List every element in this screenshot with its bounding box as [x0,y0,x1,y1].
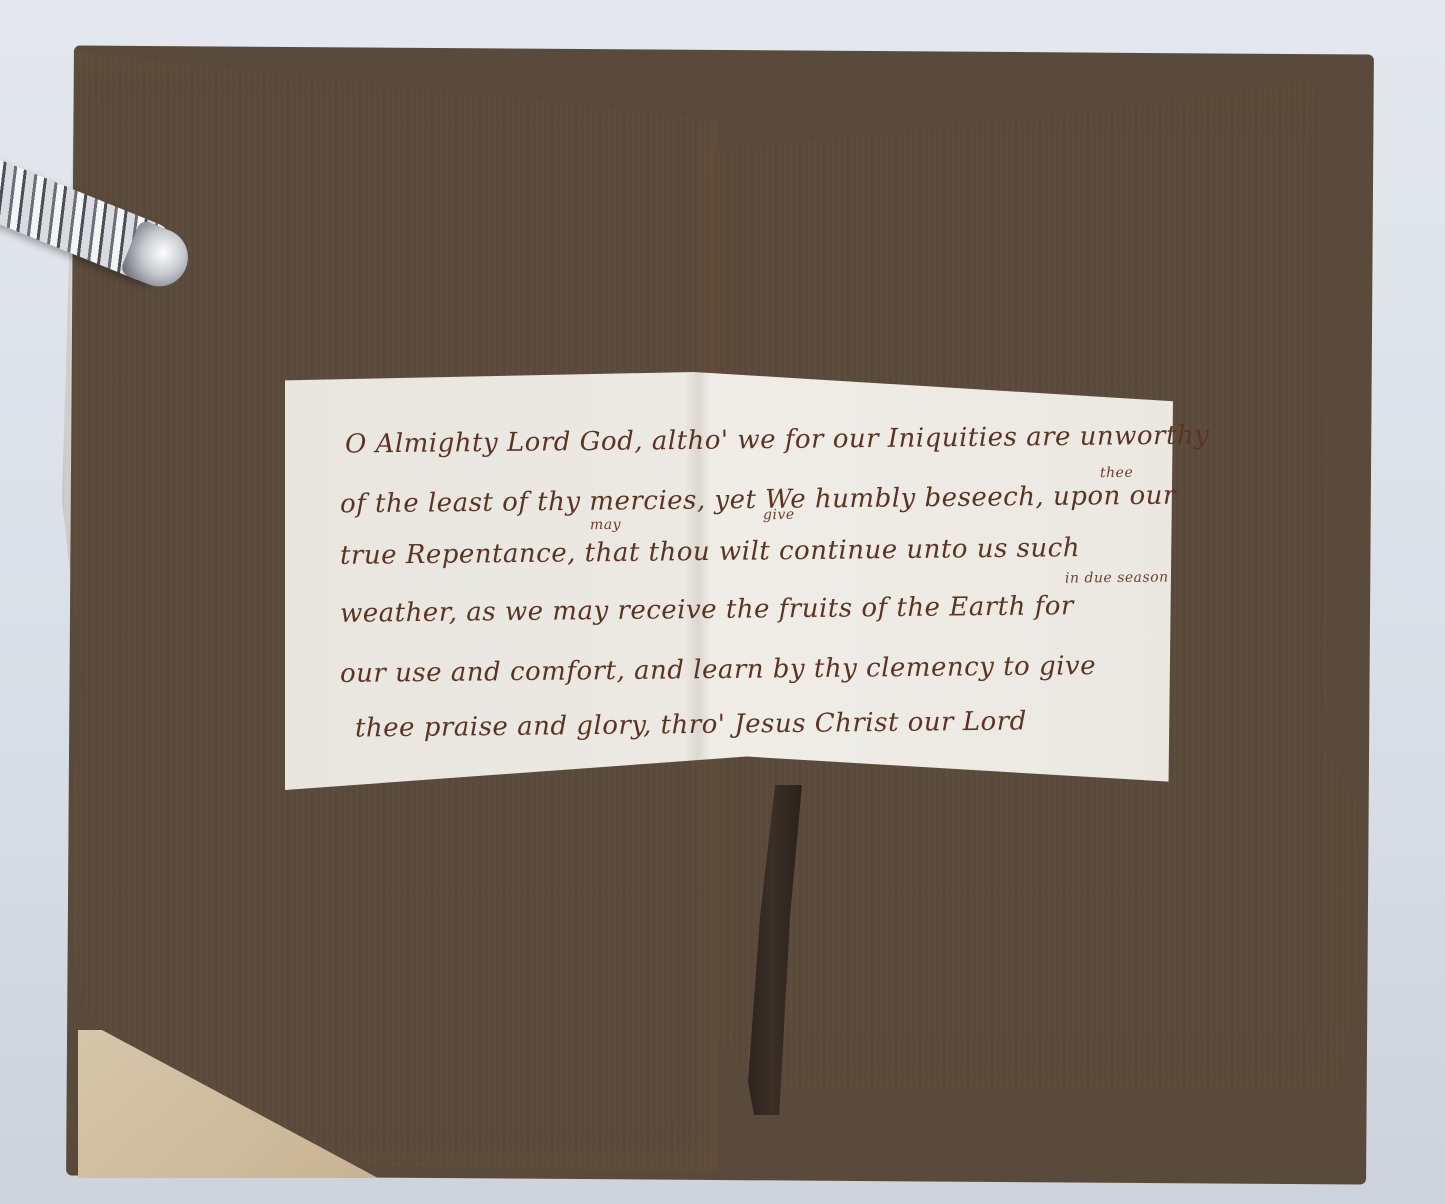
insertion-give: give [763,507,795,523]
insertion-may: may [590,517,621,533]
insertion-thee: thee [1100,465,1133,481]
insertion-in-due-season: in due season [1065,569,1169,586]
